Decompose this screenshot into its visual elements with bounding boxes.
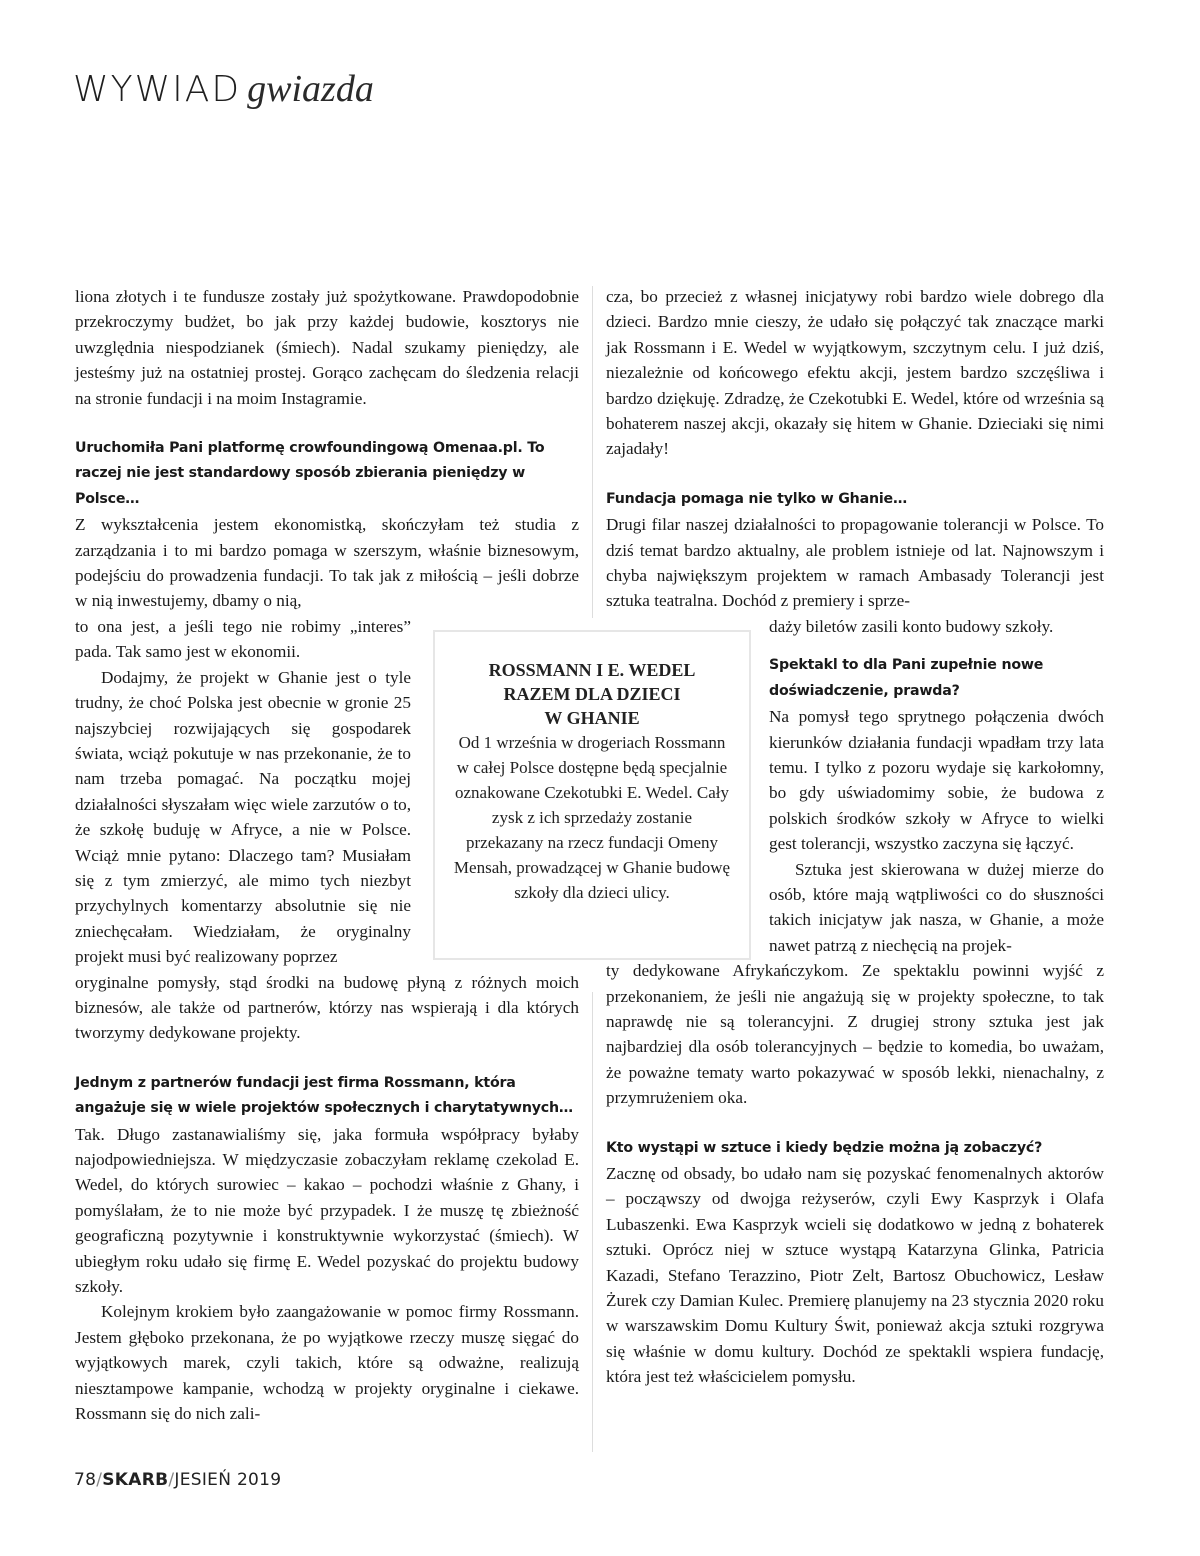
sidebox-body: Od 1 września w drogeriach Rossmann w ca…	[435, 730, 749, 905]
paragraph: ty dedykowane Afrykańczykom. Ze spektakl…	[606, 958, 1104, 1110]
paragraph: daży biletów zasili konto budowy szkoły.	[769, 614, 1104, 639]
interview-question: Kto wystąpi w sztuce i kiedy będzie możn…	[606, 1136, 1104, 1161]
paragraph: cza, bo przecież z własnej inicjatywy ro…	[606, 284, 1104, 462]
paragraph: to ona jest, a jeśli tego nie robimy „in…	[75, 614, 411, 665]
interview-question: Jednym z partnerów fundacji jest firma R…	[75, 1071, 579, 1122]
paragraph: oryginalne pomysły, stąd środki na budow…	[75, 970, 579, 1046]
paragraph: Sztuka jest skierowana w dużej mierze do…	[769, 857, 1104, 959]
paragraph: Na pomysł tego sprytnego połączenia dwóc…	[769, 704, 1104, 856]
paragraph: Z wykształcenia jestem ekonomistką, skoń…	[75, 512, 579, 614]
column-divider	[592, 286, 593, 618]
paragraph: Zacznę od obsady, bo udało nam się pozys…	[606, 1161, 1104, 1390]
issue-label: JESIEŃ 2019	[174, 1470, 281, 1490]
paragraph: Drugi filar naszej działalności to propa…	[606, 512, 1104, 614]
section-title: WYWIAD	[73, 69, 241, 110]
sidebox-title-line: W GHANIE	[435, 706, 749, 730]
section-header: WYWIADgwiazda	[73, 66, 374, 113]
sidebox-title-line: ROSSMANN I E. WEDEL	[435, 658, 749, 682]
paragraph: Tak. Długo zastanawialiśmy się, jaka for…	[75, 1122, 579, 1300]
section-subtitle: gwiazda	[247, 68, 374, 110]
interview-question: Uruchomiła Pani platformę crowfoundingow…	[75, 436, 579, 512]
interview-question: Spektakl to dla Pani zupełnie nowe doświ…	[769, 653, 1104, 704]
paragraph: liona złotych i te fundusze zostały już …	[75, 284, 579, 411]
page-number: 78	[74, 1470, 96, 1490]
sidebar-box: ROSSMANN I E. WEDEL RAZEM DLA DZIECI W G…	[433, 630, 751, 960]
paragraph: Dodajmy, że projekt w Ghanie jest o tyle…	[75, 665, 411, 970]
paragraph: Kolejnym krokiem było zaangażowanie w po…	[75, 1299, 579, 1426]
interview-question: Fundacja pomaga nie tylko w Ghanie…	[606, 487, 1104, 512]
magazine-name: SKARB	[102, 1470, 168, 1490]
page-footer: 78/SKARB/JESIEŃ 2019	[74, 1470, 281, 1490]
sidebox-title-line: RAZEM DLA DZIECI	[435, 682, 749, 706]
column-divider	[592, 992, 593, 1452]
sidebox-title: ROSSMANN I E. WEDEL RAZEM DLA DZIECI W G…	[435, 658, 749, 730]
